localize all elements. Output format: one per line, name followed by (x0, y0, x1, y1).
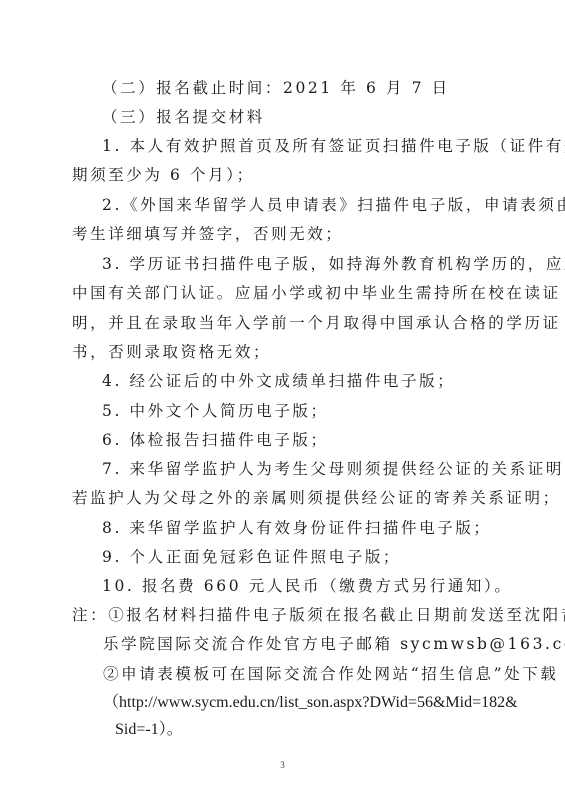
item-3-line-3: 明，并且在录取当年入学前一个月取得中国承认合格的学历证 (72, 313, 561, 333)
note-1-line-1: 注：①报名材料扫描件电子版须在报名截止日期前发送至沈阳音 (72, 605, 565, 625)
item-7-line-1: 7. 来华留学监护人为考生父母则须提供经公证的关系证明， (102, 459, 565, 479)
item-3-line-4: 书，否则录取资格无效； (72, 342, 271, 362)
materials-heading: （三）报名提交材料 (102, 107, 265, 127)
item-8: 8. 来华留学监护人有效身份证件扫描件电子版； (102, 518, 492, 538)
document-page: （二）报名截止时间：2021 年 6 月 7 日 （三）报名提交材料 1. 本人… (0, 0, 565, 800)
item-3-line-1: 3. 学历证书扫描件电子版，如持海外教育机构学历的，应到 (102, 254, 565, 274)
item-9: 9. 个人正面免冠彩色证件照电子版； (102, 547, 401, 567)
page-number: 3 (0, 760, 565, 770)
item-1-line-2: 期须至少为 6 个月）； (72, 165, 255, 185)
deadline-line: （二）报名截止时间：2021 年 6 月 7 日 (102, 78, 450, 98)
item-1-line-1: 1. 本人有效护照首页及所有签证页扫描件电子版（证件有效 (102, 136, 565, 156)
item-2-line-1: 2.《外国来华留学人员申请表》扫描件电子版，申请表须由 (102, 195, 565, 215)
item-5: 5. 中外文个人简历电子版； (102, 401, 329, 421)
item-3-line-2: 中国有关部门认证。应届小学或初中毕业生需持所在校在读证 (72, 283, 561, 303)
item-10: 10. 报名费 660 元人民币（缴费方式另行通知）。 (102, 576, 512, 596)
item-4: 4. 经公证后的中外文成绩单扫描件电子版； (102, 371, 455, 391)
note-1-line-2: 乐学院国际交流合作处官方电子邮箱 sycmwsb@163.com。 (103, 634, 565, 654)
item-2-line-2: 考生详细填写并签字，否则无效； (72, 224, 344, 244)
note-2-url-end: Sid=-1）。 (115, 720, 183, 740)
item-7-line-2: 若监护人为父母之外的亲属则须提供经公证的寄养关系证明； (72, 488, 561, 508)
note-2-line-1: ②申请表模板可在国际交流合作处网站“招生信息”处下载 (103, 664, 558, 684)
note-2-url-line: （http://www.sycm.edu.cn/list_son.aspx?DW… (103, 693, 518, 713)
item-6: 6. 体检报告扫描件电子版； (102, 430, 329, 450)
